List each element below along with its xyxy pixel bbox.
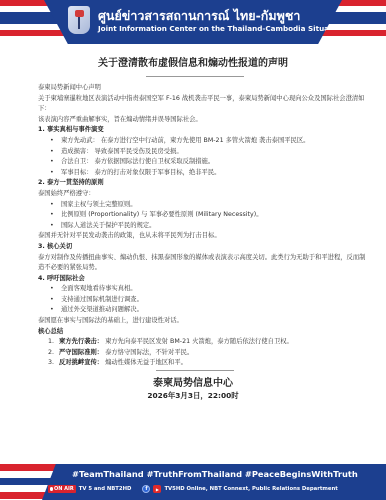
statement-source: 泰柬局势新闻中心声明 xyxy=(38,83,368,94)
document-title: 关于澄清散布虚假信息和煽动性报道的声明 xyxy=(0,54,386,69)
section-heading-concerns: 3. 核心关切 xyxy=(38,242,368,253)
list-item: 国家主权与领土完整原则。 xyxy=(50,200,368,211)
principles-lead: 泰国始终严格遵守： xyxy=(38,189,368,200)
signature-divider xyxy=(156,370,234,371)
signature-organization: 泰柬局势信息中心 xyxy=(0,374,386,389)
statement-summary: 该表演内容严重曲解事实，旨在煽动情绪并误导国际社会。 xyxy=(38,115,368,126)
summary-list: 1. 柬方先行袭击： 柬方先向泰平民区发射 BM-21 火箭炮，泰方随后依法行使… xyxy=(38,337,368,369)
section-heading-appeal: 4. 呼吁国际社会 xyxy=(38,274,368,285)
section-heading-facts: 1. 事实真相与事件演变 xyxy=(38,125,368,136)
list-item: 国际人道法关于保护平民的规定。 xyxy=(50,221,368,232)
appeal-list: 全面客观地看待事实真相。 支持通过国际机制进行调查。 通过外交渠道推动问题解决。 xyxy=(38,284,368,316)
list-item: 军事目标： 泰方的打击对象仅限于军事目标，绝非平民。 xyxy=(50,168,368,179)
statement-body: 泰柬局势新闻中心声明 关于柬埔寨暹粒地区表演活动中指责泰国空军 F-16 战机袭… xyxy=(38,83,368,369)
facts-list: 柬方先动武： 在泰方进行空中行动前，柬方先使用 BM-21 多管火箭炮 袭击泰国… xyxy=(38,136,368,178)
list-item: 3. 反对挑衅宣传： 煽动性媒体无益于地区和平。 xyxy=(48,358,368,369)
broadcast-channels: TV 5 and NBT2HD xyxy=(79,486,132,492)
section-heading-principles: 2. 泰方一贯坚持的原则 xyxy=(38,178,368,189)
footer-banner: #TeamThailand #TruthFromThailand #PeaceB… xyxy=(0,464,386,500)
list-item: 1. 柬方先行袭击： 柬方先向泰平民区发射 BM-21 火箭炮，泰方随后依法行使… xyxy=(48,337,368,348)
list-item: 全面客观地看待事实真相。 xyxy=(50,284,368,295)
title-divider xyxy=(146,76,244,77)
on-air-badge: ON AIR xyxy=(48,485,76,493)
online-channels: TV5HD Online, NBT Connext, Public Relati… xyxy=(164,486,337,492)
youtube-icon: ▶ xyxy=(153,485,161,493)
footer-hashtags: #TeamThailand #TruthFromThailand #PeaceB… xyxy=(72,469,358,479)
signature-date: 2026年3月3日，22:00时 xyxy=(0,390,386,401)
list-item: 合法自卫： 泰方依据国际法行使自卫权采取反制措施。 xyxy=(50,157,368,168)
header-title-thai: ศูนย์ข่าวสารสถานการณ์ ไทย-กัมพูชา xyxy=(98,6,300,26)
concerns-body: 泰方对制作及传播扭曲事实、煽动仇恨、抹黑泰国形象的媒体或表演表示高度关切。此类行… xyxy=(38,253,368,274)
list-item: 2. 严守国际准则： 泰方恪守国际法，不针对平民。 xyxy=(48,348,368,359)
principles-tail: 泰国并无针对平民发动袭击的政策，也从未将平民列为打击目标。 xyxy=(38,231,368,242)
microphone-icon xyxy=(50,487,53,491)
list-item: 通过外交渠道推动问题解决。 xyxy=(50,305,368,316)
list-item: 比例原则 (Proportionality) 与 军事必要性原则 (Milita… xyxy=(50,210,368,221)
header-banner: ศูนย์ข่าวสารสถานการณ์ ไทย-กัมพูชา Joint … xyxy=(0,0,386,45)
facebook-icon: f xyxy=(142,485,150,493)
list-item: 支持通过国际机制进行调查。 xyxy=(50,295,368,306)
statement-context: 关于柬埔寨暹粒地区表演活动中指责泰国空军 F-16 战机袭击平民一事，泰柬局势新… xyxy=(38,94,368,115)
header-title-english: Joint Information Center on the Thailand… xyxy=(98,24,345,33)
list-item: 柬方先动武： 在泰方进行空中行动前，柬方先使用 BM-21 多管火箭炮 袭击泰国… xyxy=(50,136,368,147)
jic-shield-logo-icon xyxy=(68,6,90,34)
list-item: 造成损害： 导致泰国平民受伤及民房受损。 xyxy=(50,147,368,158)
appeal-tail: 泰国愿在事实与国际法的基础上，进行建设性对话。 xyxy=(38,316,368,327)
header-title-band: ศูนย์ข่าวสารสถานการณ์ ไทย-กัมพูชา Joint … xyxy=(44,0,342,44)
summary-heading: 核心总结 xyxy=(38,327,368,338)
footer-channels: ON AIR TV 5 and NBT2HD f ▶ TV5HD Online,… xyxy=(48,485,338,493)
principles-list: 国家主权与领土完整原则。 比例原则 (Proportionality) 与 军事… xyxy=(38,200,368,232)
